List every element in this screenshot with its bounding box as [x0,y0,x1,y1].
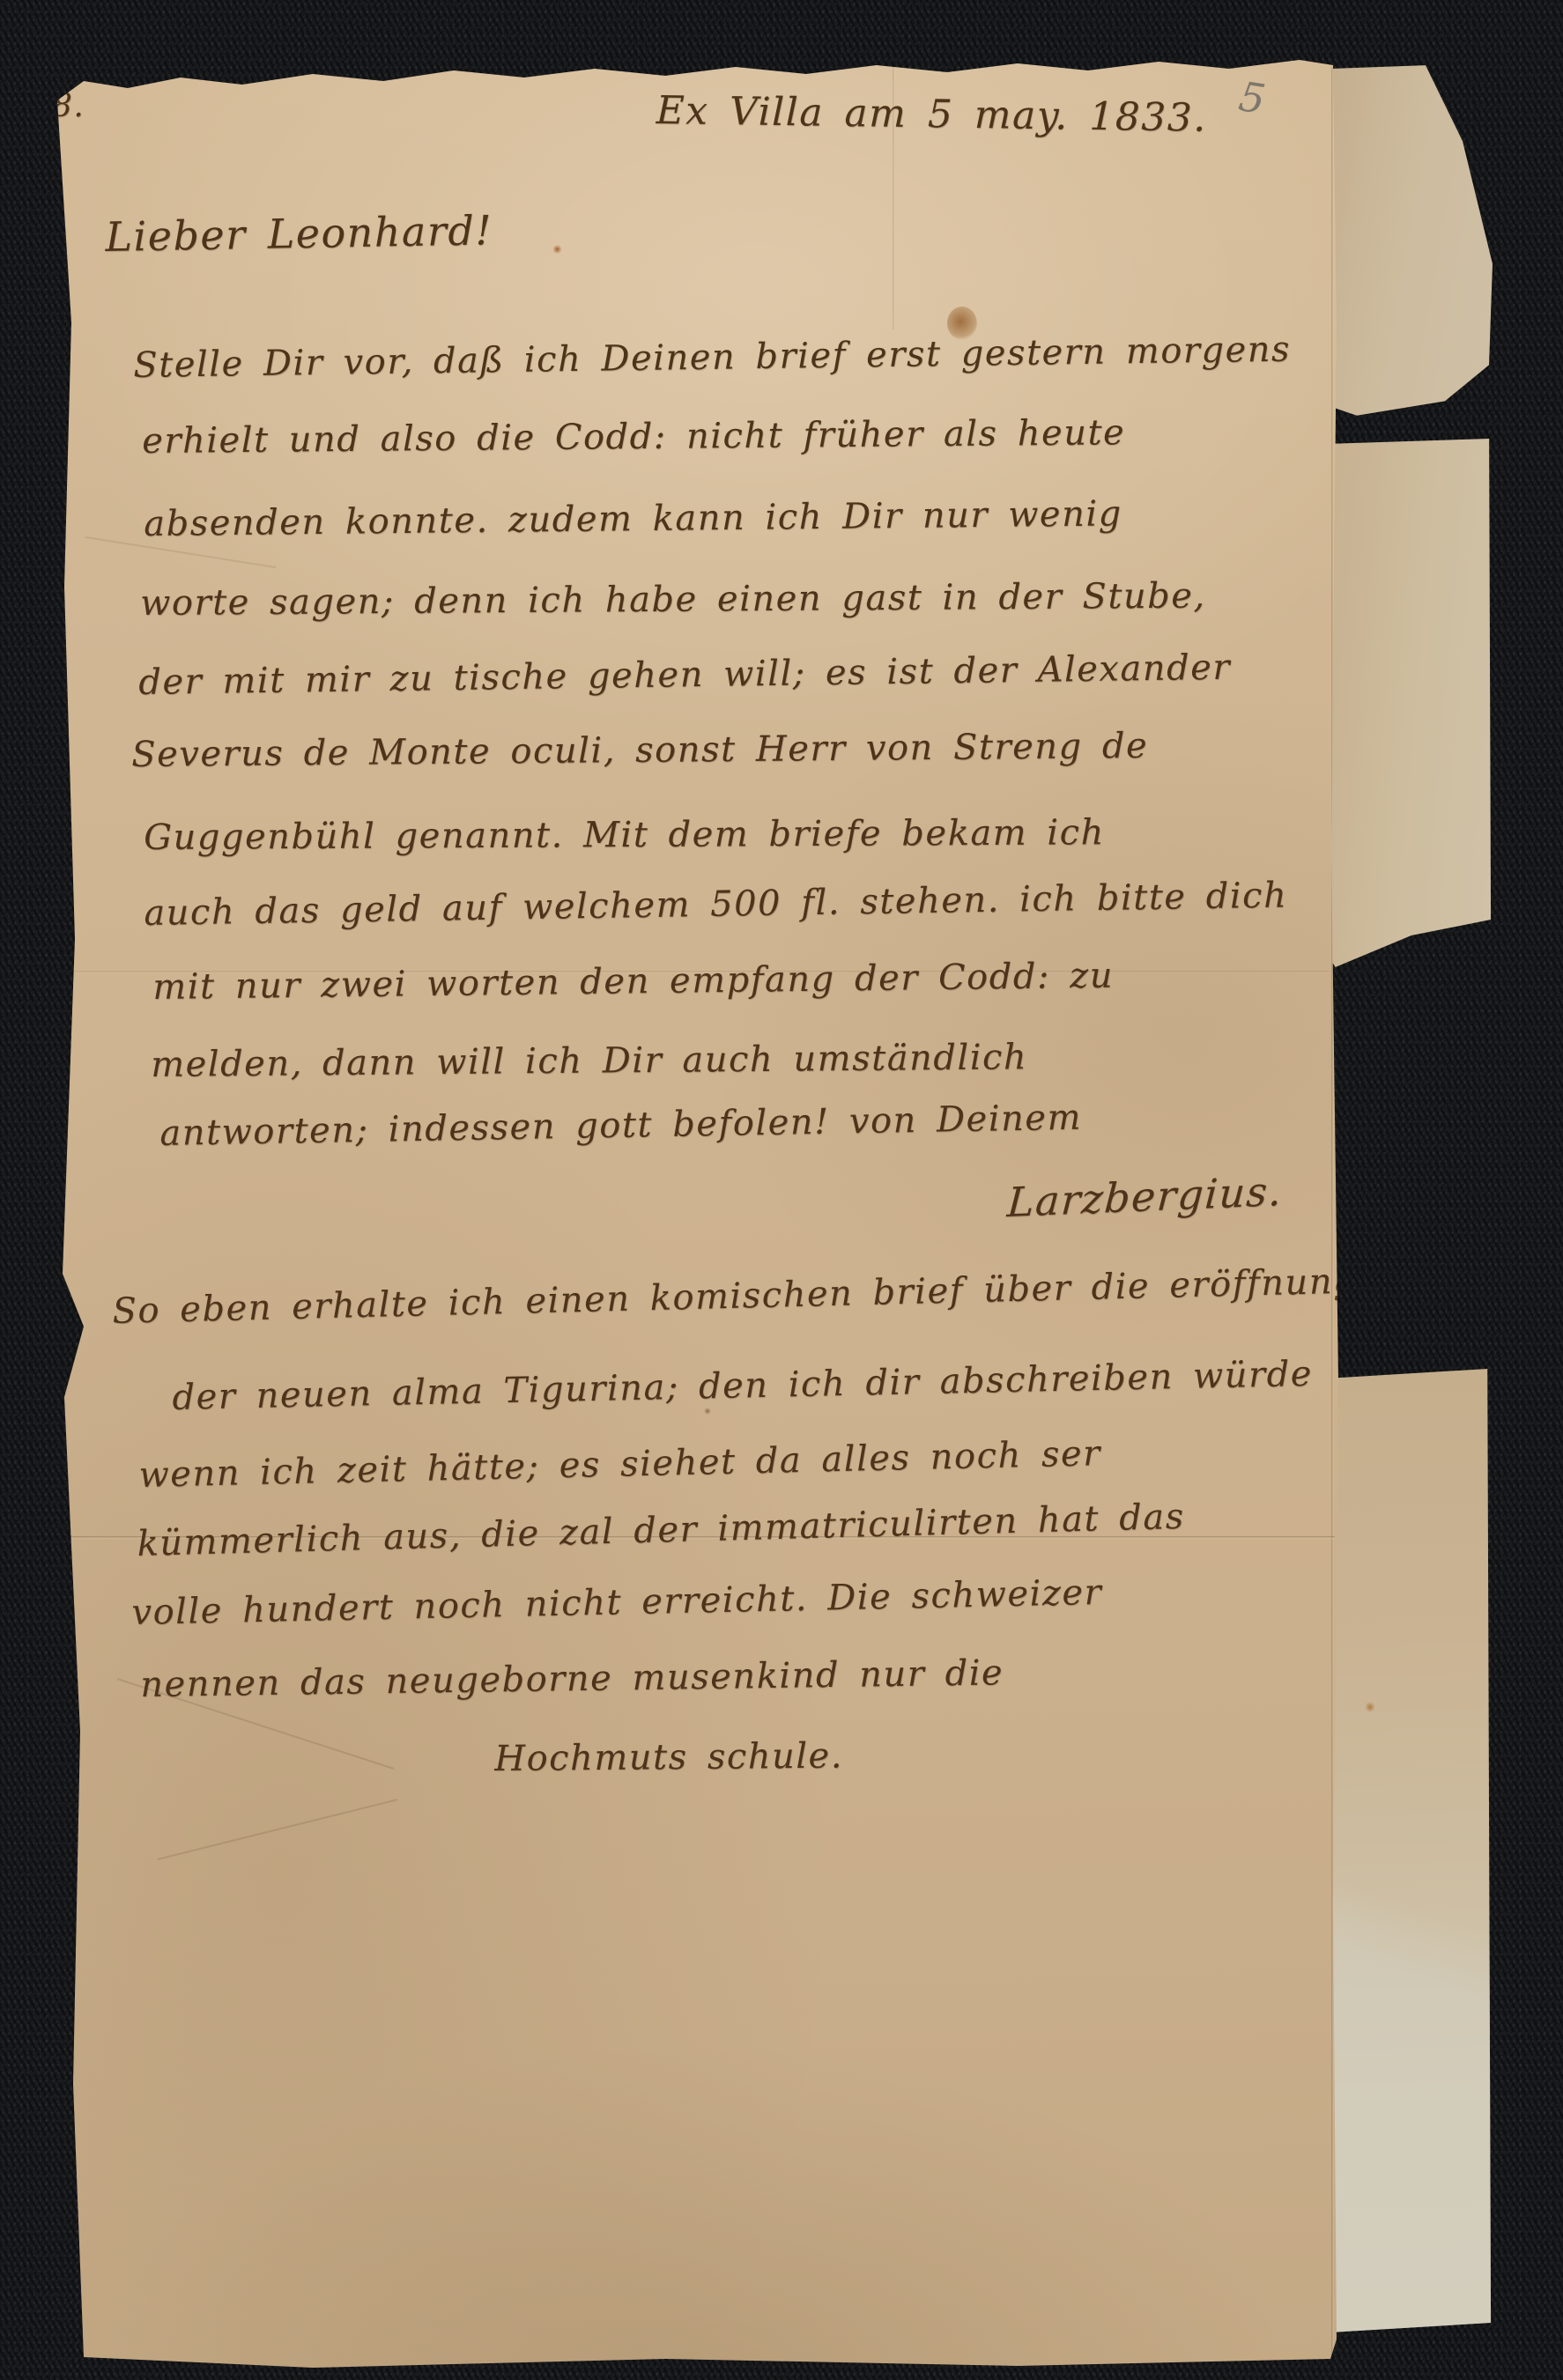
body-line: volle hundert noch nicht erreicht. Die s… [131,1572,1103,1633]
fold-crease-vertical-right [1331,67,1334,2357]
small-stain [552,245,562,254]
body-line: mit nur zwei worten den empfang der Codd… [152,956,1114,1008]
small-stain [704,1408,711,1415]
body-line: melden, dann will ich Dir auch umständli… [151,1037,1027,1085]
body-line: So eben erhalte ich einen komischen brie… [112,1260,1358,1332]
body-line: Stelle Dir vor, daß ich Deinen brief ers… [133,329,1291,386]
body-line: nennen das neugeborne musenkind nur die [140,1652,1004,1705]
body-line: antworten; indessen gott befolen! von De… [159,1098,1082,1154]
page-number-top-left: 8. [52,88,85,124]
torn-flap-bottom-right [1323,1369,1493,2332]
wrinkle [158,1799,397,1860]
body-line: der neuen alma Tigurina; den ich dir abs… [172,1354,1313,1418]
pencil-page-number: 5 [1236,72,1270,123]
body-line: wenn ich zeit hätte; es siehet da alles … [138,1433,1101,1496]
dateline: Ex Villa am 5 may. 1833. [656,88,1207,141]
body-line: Hochmuts schule. [494,1736,843,1779]
letter-sheet: 8. Ex Villa am 5 may. 1833. 5 Lieber Leo… [48,58,1339,2371]
body-line: worte sagen; denn ich habe einen gast in… [140,576,1206,624]
body-line: Severus de Monte oculi, sonst Herr von S… [131,726,1148,775]
body-line: erhielt und also die Codd: nicht früher … [142,412,1125,462]
body-line: der mit mir zu tische gehen will; es ist… [138,647,1231,703]
body-line: Guggenbühl genannt. Mit dem briefe bekam… [144,812,1105,858]
signature: Larzbergius. [1006,1167,1285,1226]
body-line: auch das geld auf welchem 500 fl. stehen… [144,876,1288,934]
letter-photograph: 8. Ex Villa am 5 may. 1833. 5 Lieber Leo… [0,0,1563,2380]
torn-flap-top-right [1322,62,1498,423]
small-stain [1365,1702,1375,1712]
salutation: Lieber Leonhard! [105,206,493,261]
body-line: kümmerlich aus, die zal der immatriculir… [137,1497,1185,1564]
body-line: absenden konnte. zudem kann ich Dir nur … [144,493,1122,544]
torn-flap-middle-right [1322,439,1494,967]
